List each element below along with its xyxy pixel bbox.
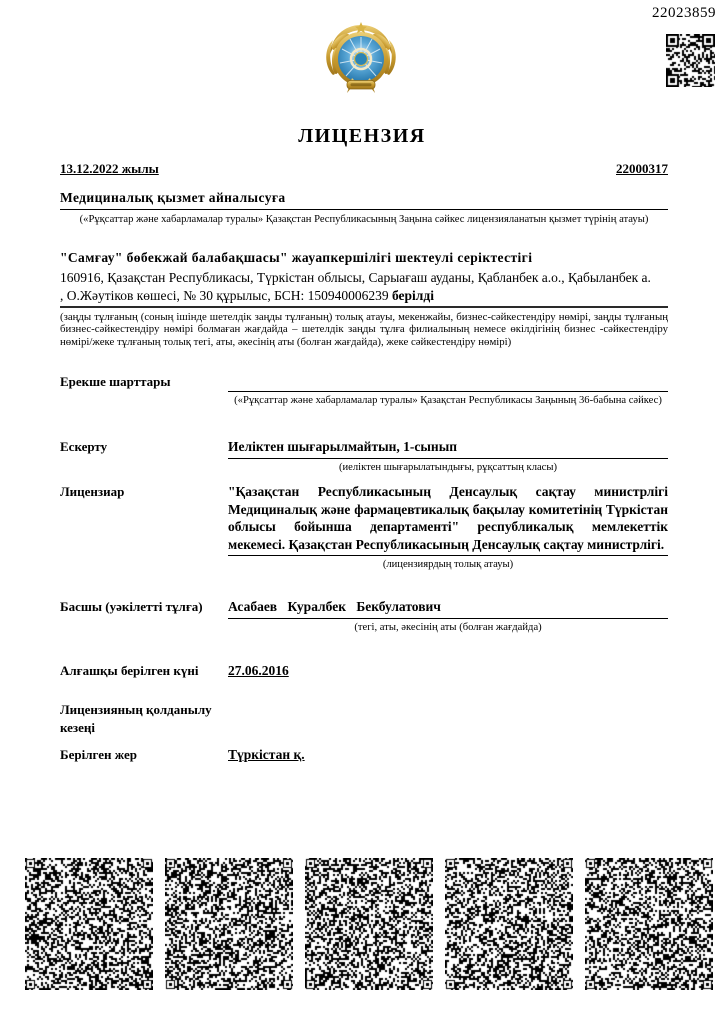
special-conditions-row: Ерекше шарттары («Рұқсаттар және хабарла… bbox=[60, 373, 668, 407]
digital-signature-barcodes bbox=[25, 858, 713, 990]
issue-place-row: Берілген жер Түркістан қ. bbox=[60, 746, 668, 764]
digital-signature-barcode bbox=[305, 858, 433, 990]
licensee-address: 160916, Қазақстан Республикасы, Түркіста… bbox=[60, 269, 668, 305]
first-issued-date: 27.06.2016 bbox=[228, 663, 289, 678]
first-issued-row: Алғашқы берілген күні 27.06.2016 bbox=[60, 662, 668, 680]
licensor-caption: (лицензиярдың толық атауы) bbox=[228, 558, 668, 571]
activity-caption: («Рұқсаттар және хабарламалар туралы» Қа… bbox=[60, 213, 668, 226]
activity-underline bbox=[60, 209, 668, 210]
document-registration-number: 22023859 bbox=[652, 5, 716, 22]
note-value: Иеліктен шығарылмайтын, 1-сынып bbox=[228, 438, 668, 459]
licensee-address-line1: 160916, Қазақстан Республикасы, Түркіста… bbox=[60, 269, 668, 287]
licensee-divider bbox=[60, 306, 668, 308]
issue-place-value: Түркістан қ. bbox=[228, 747, 305, 762]
document-title: ЛИЦЕНЗИЯ bbox=[0, 125, 724, 148]
licensed-activity: Медициналық қызмет айналысуға bbox=[60, 190, 668, 206]
digital-signature-barcode bbox=[25, 858, 153, 990]
note-caption: (иеліктен шығарылатындығы, рұқсаттың кла… bbox=[228, 461, 668, 474]
special-conditions-caption: («Рұқсаттар және хабарламалар туралы» Қа… bbox=[228, 394, 668, 407]
license-document: 22023859 bbox=[0, 0, 724, 1024]
kazakhstan-emblem-graphic bbox=[322, 21, 400, 97]
licensee-address-line2: , О.Жәутіков көшесі, № 30 құрылыс, БСН: … bbox=[60, 287, 668, 305]
issue-date-row: 13.12.2022 жылы 22000317 bbox=[60, 161, 668, 177]
digital-signature-barcode bbox=[165, 858, 293, 990]
note-label: Ескерту bbox=[60, 438, 228, 456]
issue-date: 13.12.2022 жылы bbox=[60, 161, 159, 177]
validity-period-row: Лицензияның қолданылу кезеңі bbox=[60, 701, 668, 737]
licensor-row: Лицензиар "Қазақстан Республикасының Ден… bbox=[60, 483, 668, 571]
head-person-name: Асабаев Куралбек Бекбулатович bbox=[228, 598, 668, 619]
licensee-name: "Самғау" бөбекжай балабақшасы" жауапкерш… bbox=[60, 250, 668, 266]
qr-code-icon bbox=[666, 34, 715, 87]
issued-word: берілді bbox=[392, 288, 434, 303]
digital-signature-barcode bbox=[585, 858, 713, 990]
licensee-caption: (заңды тұлғаның (соның ішінде шетелдік з… bbox=[60, 311, 668, 348]
first-issued-label: Алғашқы берілген күні bbox=[60, 662, 228, 680]
special-conditions-blank-line bbox=[228, 373, 668, 392]
issue-place-label: Берілген жер bbox=[60, 746, 228, 764]
special-conditions-label: Ерекше шарттары bbox=[60, 373, 228, 391]
head-person-row: Басшы (уәкілетті тұлға) Асабаев Куралбек… bbox=[60, 598, 668, 634]
note-row: Ескерту Иеліктен шығарылмайтын, 1-сынып … bbox=[60, 438, 668, 474]
digital-signature-barcode bbox=[445, 858, 573, 990]
license-number: 22000317 bbox=[616, 161, 668, 177]
licensor-value: "Қазақстан Республикасының Денсаулық сақ… bbox=[228, 483, 668, 556]
validity-period-label: Лицензияның қолданылу кезеңі bbox=[60, 701, 228, 737]
kazakhstan-emblem-icon bbox=[322, 21, 400, 97]
head-person-label: Басшы (уәкілетті тұлға) bbox=[60, 598, 228, 616]
head-person-caption: (тегі, аты, әкесінің аты (болған жағдайд… bbox=[228, 621, 668, 634]
licensor-label: Лицензиар bbox=[60, 483, 228, 501]
